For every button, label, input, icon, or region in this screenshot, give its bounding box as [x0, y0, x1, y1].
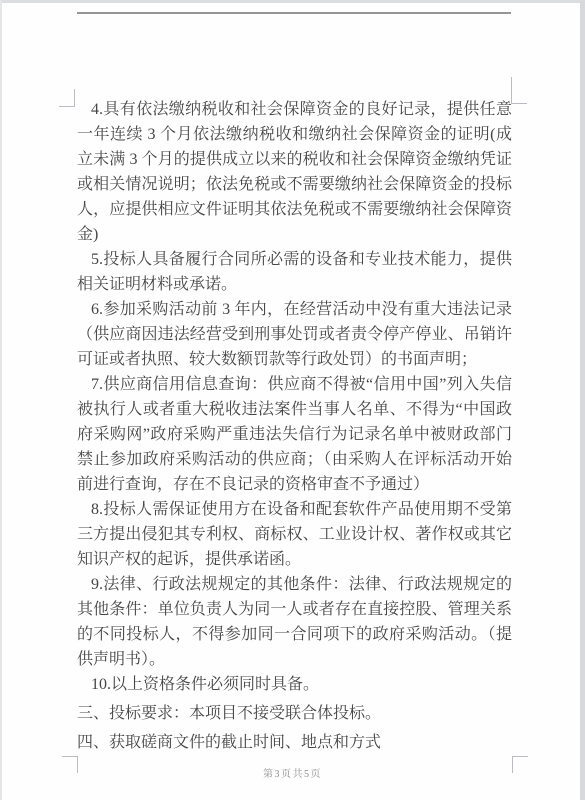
viewport-edge-right: [580, 0, 585, 800]
body-paragraph: 4.具有依法缴纳税收和社会保障资金的良好记录，提供任意一年连续 3 个月依法缴纳…: [77, 97, 512, 247]
margin-mark-top-left: [59, 89, 75, 107]
body-paragraph: 5.投标人具备履行合同所必需的设备和专业技术能力，提供相关证明材料或承诺。: [77, 247, 512, 297]
section-heading: 四、获取磋商文件的截止时间、地点和方式: [77, 730, 512, 755]
document-body[interactable]: 4.具有依法缴纳税收和社会保障资金的良好记录，提供任意一年连续 3 个月依法缴纳…: [77, 97, 512, 755]
body-paragraph: 6.参加采购活动前 3 年内，在经营活动中没有重大违法记录（供应商因违法经营受到…: [77, 297, 512, 372]
body-paragraph: 9.法律、行政法规规定的其他条件：法律、行政法规规定的其他条件：单位负责人为同一…: [77, 572, 512, 672]
page-number: 第3页共5页: [0, 765, 585, 780]
header-rule: [77, 12, 511, 14]
section-heading: 三、投标要求：本项目不接受联合体投标。: [77, 701, 512, 726]
body-paragraph: 8.投标人需保证使用方在设备和配套软件产品使用期不受第三方提出侵犯其专利权、商标…: [77, 497, 512, 572]
body-paragraph: 10.以上资格条件必须同时具备。: [77, 672, 512, 697]
margin-mark-top-right: [511, 77, 527, 104]
body-paragraph: 7.供应商信用信息查询：供应商不得被“信用中国”列入失信被执行人或者重大税收违法…: [77, 372, 512, 497]
document-viewer: 4.具有依法缴纳税收和社会保障资金的良好记录，提供任意一年连续 3 个月依法缴纳…: [0, 0, 585, 800]
